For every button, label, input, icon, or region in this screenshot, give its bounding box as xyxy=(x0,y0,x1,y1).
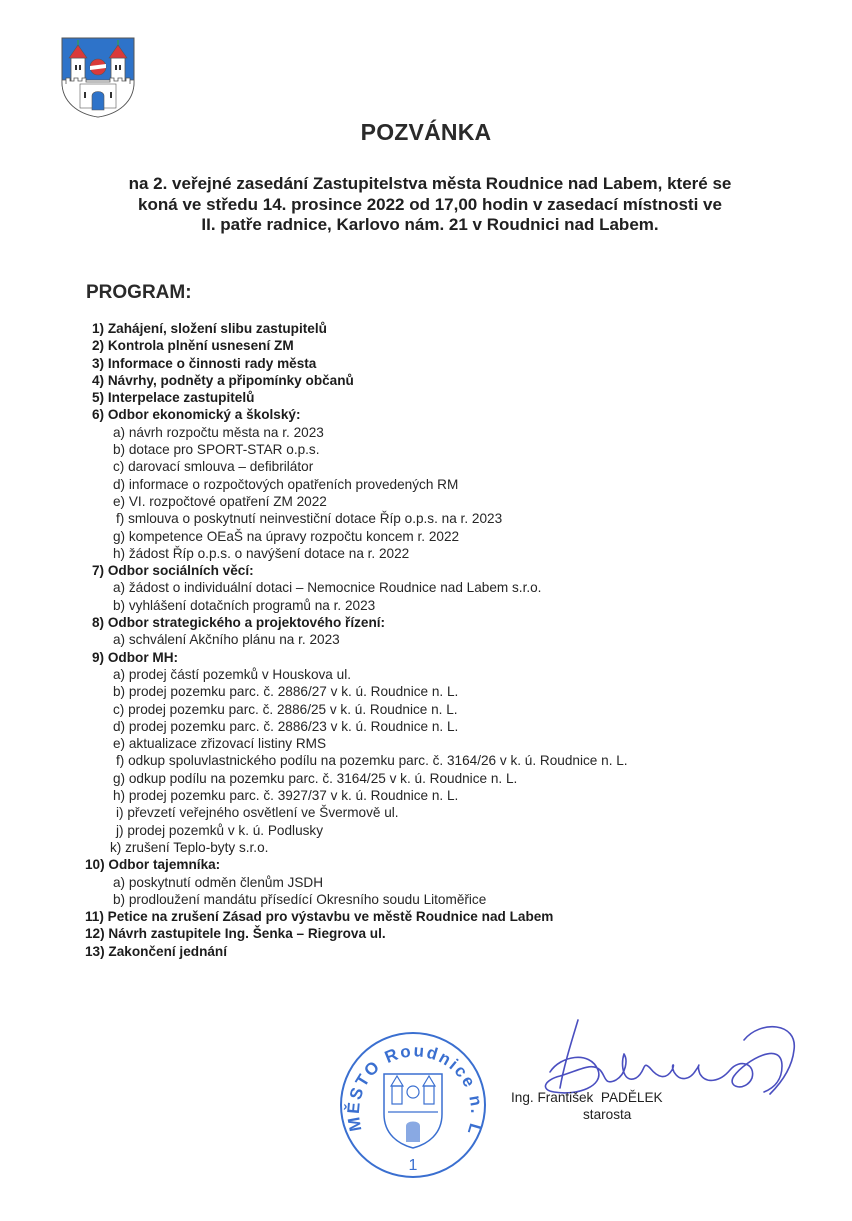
program-subitem: a) poskytnutí odměn členům JSDH xyxy=(92,874,628,891)
program-subitem: b) vyhlášení dotačních programů na r. 20… xyxy=(92,597,628,614)
signatory: Ing. František PADĚLEK starosta xyxy=(511,1089,663,1123)
signatory-name: Ing. František PADĚLEK xyxy=(511,1089,663,1106)
program-item: 8) Odbor strategického a projektového ří… xyxy=(92,614,628,631)
program-subitem: i) převzetí veřejného osvětlení ve Šverm… xyxy=(92,804,628,821)
program-item: 3) Informace o činnosti rady města xyxy=(92,355,628,372)
intro-line: koná ve středu 14. prosince 2022 od 17,0… xyxy=(100,195,760,216)
program-item: 5) Interpelace zastupitelů xyxy=(92,389,628,406)
program-item: 11) Petice na zrušení Zásad pro výstavbu… xyxy=(85,908,628,925)
handwritten-signature-icon xyxy=(520,1010,800,1100)
stamp-number: 1 xyxy=(409,1157,418,1174)
program-subitem: k) zrušení Teplo-byty s.r.o. xyxy=(92,839,628,856)
program-item: 2) Kontrola plnění usnesení ZM xyxy=(92,337,628,354)
program-subitem: d) informace o rozpočtových opatřeních p… xyxy=(92,476,628,493)
program-subitem: a) prodej částí pozemků v Houskova ul. xyxy=(92,666,628,683)
program-subitem: e) VI. rozpočtové opatření ZM 2022 xyxy=(92,493,628,510)
program-subitem: a) schválení Akčního plánu na r. 2023 xyxy=(92,631,628,648)
program-subitem: f) smlouva o poskytnutí neinvestiční dot… xyxy=(92,510,628,527)
intro-line: II. patře radnice, Karlovo nám. 21 v Rou… xyxy=(100,215,760,236)
program-subitem: h) prodej pozemku parc. č. 3927/37 v k. … xyxy=(92,787,628,804)
intro-line: na 2. veřejné zasedání Zastupitelstva mě… xyxy=(100,174,760,195)
program-subitem: g) odkup podílu na pozemku parc. č. 3164… xyxy=(92,770,628,787)
program-subitem: g) kompetence OEaŠ na úpravy rozpočtu ko… xyxy=(92,528,628,545)
program-item: 9) Odbor MH: xyxy=(92,649,628,666)
program-item: 7) Odbor sociálních věcí: xyxy=(92,562,628,579)
program-subitem: a) návrh rozpočtu města na r. 2023 xyxy=(92,424,628,441)
program-item: 4) Návrhy, podněty a připomínky občanů xyxy=(92,372,628,389)
program-list: 1) Zahájení, složení slibu zastupitelů2)… xyxy=(92,320,628,960)
town-coat-of-arms-icon xyxy=(58,34,138,118)
program-subitem: f) odkup spoluvlastnického podílu na poz… xyxy=(92,752,628,769)
program-heading: PROGRAM: xyxy=(86,282,192,304)
program-subitem: c) prodej pozemku parc. č. 2886/25 v k. … xyxy=(92,701,628,718)
program-subitem: d) prodej pozemku parc. č. 2886/23 v k. … xyxy=(92,718,628,735)
program-subitem: b) dotace pro SPORT-STAR o.p.s. xyxy=(92,441,628,458)
program-subitem: e) aktualizace zřizovací listiny RMS xyxy=(92,735,628,752)
program-subitem: a) žádost o individuální dotaci – Nemocn… xyxy=(92,579,628,596)
program-item: 6) Odbor ekonomický a školský: xyxy=(92,406,628,423)
official-stamp-icon: MĚSTO Roudnice n. L. 1 xyxy=(338,1030,488,1180)
document-title: POZVÁNKA xyxy=(0,119,852,146)
program-item: 12) Návrh zastupitele Ing. Šenka – Riegr… xyxy=(85,925,628,942)
program-subitem: j) prodej pozemků v k. ú. Podlusky xyxy=(92,822,628,839)
program-item: 1) Zahájení, složení slibu zastupitelů xyxy=(92,320,628,337)
program-subitem: b) prodloužení mandátu přísedící Okresní… xyxy=(92,891,628,908)
program-subitem: b) prodej pozemku parc. č. 2886/27 v k. … xyxy=(92,683,628,700)
signatory-role: starosta xyxy=(511,1106,663,1123)
program-subitem: c) darovací smlouva – defibrilátor xyxy=(92,458,628,475)
program-subitem: h) žádost Říp o.p.s. o navýšení dotace n… xyxy=(92,545,628,562)
program-item: 13) Zakončení jednání xyxy=(85,943,628,960)
program-item: 10) Odbor tajemníka: xyxy=(85,856,628,873)
invitation-intro: na 2. veřejné zasedání Zastupitelstva mě… xyxy=(100,174,760,236)
